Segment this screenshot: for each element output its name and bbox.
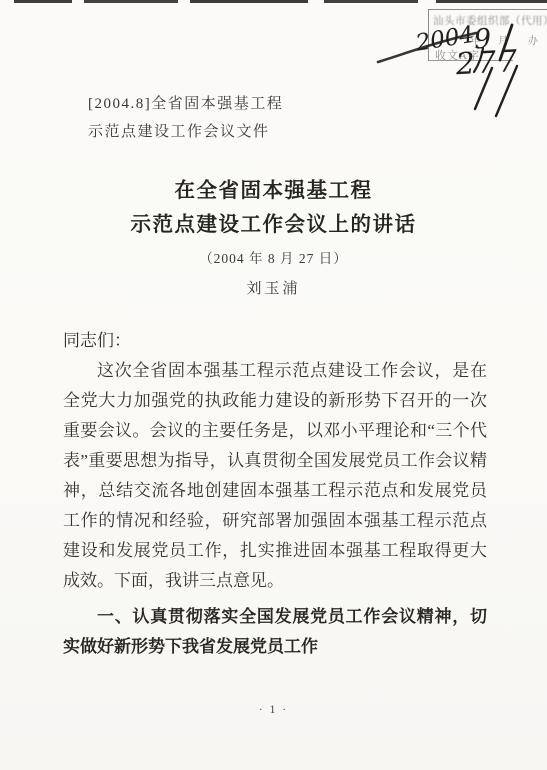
salutation: 同志们： (63, 326, 487, 356)
stamp-month-label: 月 (498, 32, 508, 47)
stamp-year-label: 年 (470, 32, 480, 47)
stamp-office-name: 汕头市委组织部（代用） (433, 13, 547, 28)
handwritten-number-tail-2 (496, 66, 517, 116)
title-line-2: 示范点建设工作会议上的讲话 (0, 208, 547, 242)
header-line-2: 示范点建设工作会议文件 (88, 118, 283, 146)
page-number: · 1 · (0, 704, 547, 716)
document-author: 刘玉浦 (0, 277, 547, 298)
stamp-day-label: 办 (528, 32, 538, 47)
document-reference-header: [2004.8]全省固本强基工程 示范点建设工作会议文件 (88, 90, 283, 146)
document-title: 在全省固本强基工程 示范点建设工作会议上的讲话 (0, 174, 547, 242)
section-heading-1: 一、认真贯彻落实全国发展党员工作会议精神，切实做好新形势下我省发展党员工作 (63, 602, 487, 662)
document-body: 同志们： 这次全省固本强基工程示范点建设工作会议，是在全党大力加强党的执政能力建… (63, 326, 487, 662)
handwritten-number-tail-1 (475, 68, 492, 109)
receipt-stamp: 汕头市委组织部（代用） 年 月 办 收文A字 (428, 9, 547, 61)
header-line-1: [2004.8]全省固本强基工程 (88, 90, 283, 118)
title-line-1: 在全省固本强基工程 (0, 174, 547, 208)
stamp-underline (429, 60, 513, 61)
scanner-edge-artifact (0, 0, 547, 3)
scanned-document-page: 汕头市委组织部（代用） 年 月 办 收文A字 2004 9 277 [2004.… (0, 0, 547, 770)
document-date: （2004 年 8 月 27 日） (0, 247, 547, 267)
body-paragraph-1: 这次全省固本强基工程示范点建设工作会议，是在全党大力加强党的执政能力建设的新形势… (63, 356, 487, 596)
